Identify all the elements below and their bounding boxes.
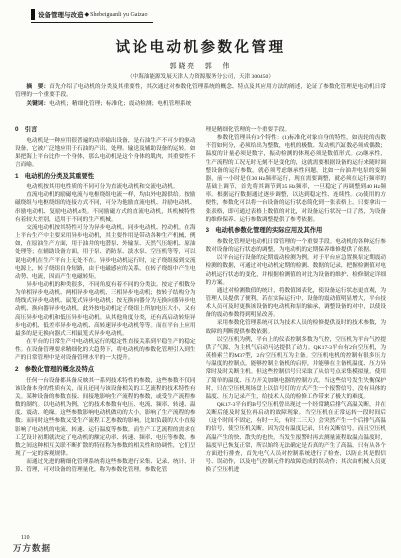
journal-name-cn: 设备管理与改造 [38,10,84,19]
journal-name-pinyin: Shebeiguanli yu Gaizao [90,12,147,18]
column-left: 0 引言电动机是一种应用很普遍的功率输出设备，是石油生产不可少的驱动设备，它被广… [15,126,196,516]
affiliation: （中海油能源发展天津人力资源服务分公司，天津 300450） [0,72,401,80]
body-paragraph: 电动机是一种应用很普遍的功率输出设备，是石油生产不可少的驱动设备，它被广泛地应用… [15,137,196,170]
body-columns: 0 引言电动机是一种应用很普遍的功率输出设备，是石油生产不可少的驱动设备，它被广… [15,126,386,516]
abstract-paragraph: 摘 要：首先介绍了电动机的分类及其重要性，其次通过对参数化管理系统的概念、特点及… [15,83,386,99]
abstract-block: 摘 要：首先介绍了电动机的分类及其重要性，其次通过对参数化管理系统的概念、特点及… [15,83,386,109]
body-paragraph: 采用参数化管理系统可以为技术人员的检修提供及时的技术参数，为故障的判断提供参数依… [206,319,387,335]
body-paragraph: QK17-3平台的B号空压机曾出现过一个经常跳后排气高温关断，并在关断后能及时复… [206,401,387,474]
body-paragraph: 在平台的日常生产中电动机运行的稳定性直接关系到平稳生产的稳定性。在设备管理要求精… [15,338,196,362]
body-paragraph: 通过对检测数值的统计，将数值图表化，使设备运行状态更直观，为管理人员提供了便利。… [206,287,387,320]
section-heading: 3 电动机参数化管理的实际应用及其作用 [206,227,387,235]
body-paragraph: 以平台运行设备的定期震动检测为例，对于平台应急置换泵定期震动检测的数据，可通过对… [206,254,387,287]
body-paragraph: 参数化管理是电动机日常管理的一个重要手段。电动机的各种运行参数对设备的运行状态的… [206,238,387,254]
body-paragraph: 交流电动机按其特性可分为异步电动机、同步电动机、控动机。在海上平台生产中主要采用… [15,224,196,281]
section-heading: 0 引言 [15,126,196,134]
body-paragraph: 参数化管理具有3个特性：(1)标准化对象自身的特性，如齿轮的齿数不管如何分，必须… [206,134,387,224]
journal-header: 设备管理与改造 ◆ Shebeiguanli yu Gaizao [31,9,153,23]
body-paragraph: 电动机按其用电性质的不同可分为直流电动机和交流电动机。 [15,183,196,191]
body-paragraph: 直流电动机的励磁电流与电枢绕组电流一样，均由外电源供给。按励磁绕组与电枢绕组的连… [15,191,196,224]
header-bar-icon [31,9,35,20]
scanned-paper-page: 设备管理与改造 ◆ Shebeiguanli yu Gaizao 试论电动机参数… [0,0,401,558]
authors: 郭晓亮 郭 伟 [0,60,401,70]
wanfang-watermark: 万方数据 [13,542,51,554]
body-paragraph: 任何一台设备都具备反映其一系列技术特性的参数，这些参数不仅同该设备本身的性质有关… [15,377,196,459]
keywords-label: 关键词： [26,101,49,107]
diamond-icon: ◆ [85,11,90,18]
body-paragraph: 理是精细化管理的一个重要手段。 [206,126,387,134]
abstract-text: 首先介绍了电动机的分类及其重要性，其次通过对参数化管理系统的概念、特点及其应用方… [15,84,386,98]
section-heading: 2 参数化管理的概念及特点 [15,366,196,374]
body-paragraph: 而通过先进的精细化管理系统将这些参数进行采集、记录、统计、计算、管理，可对设备的… [15,458,196,474]
column-right: 理是精细化管理的一个重要手段。参数化管理具有3个特性：(1)标准化对象自身的特性… [206,126,387,516]
keywords-paragraph: 关键词：电动机；精细化管理；标准化；震动检测；电机管理系统 [15,100,386,108]
page-number: 110 [21,535,29,541]
keywords-text: 电动机；精细化管理；标准化；震动检测；电机管理系统 [49,101,191,107]
body-paragraph: 以空压机为例，平台上的仪表控制多数为气控，空压机为平台气控提供了气源，为主机气启… [206,336,387,401]
article-title: 试论电动机参数化管理 [0,36,401,57]
section-heading: 1 电动机的分类及其重要性 [15,173,196,181]
body-paragraph: 异步电动机的种类很多，不同角度有着不同的分类法。按定子相数分为单相异步电动机、两… [15,281,196,338]
abstract-label: 摘 要： [26,84,49,90]
